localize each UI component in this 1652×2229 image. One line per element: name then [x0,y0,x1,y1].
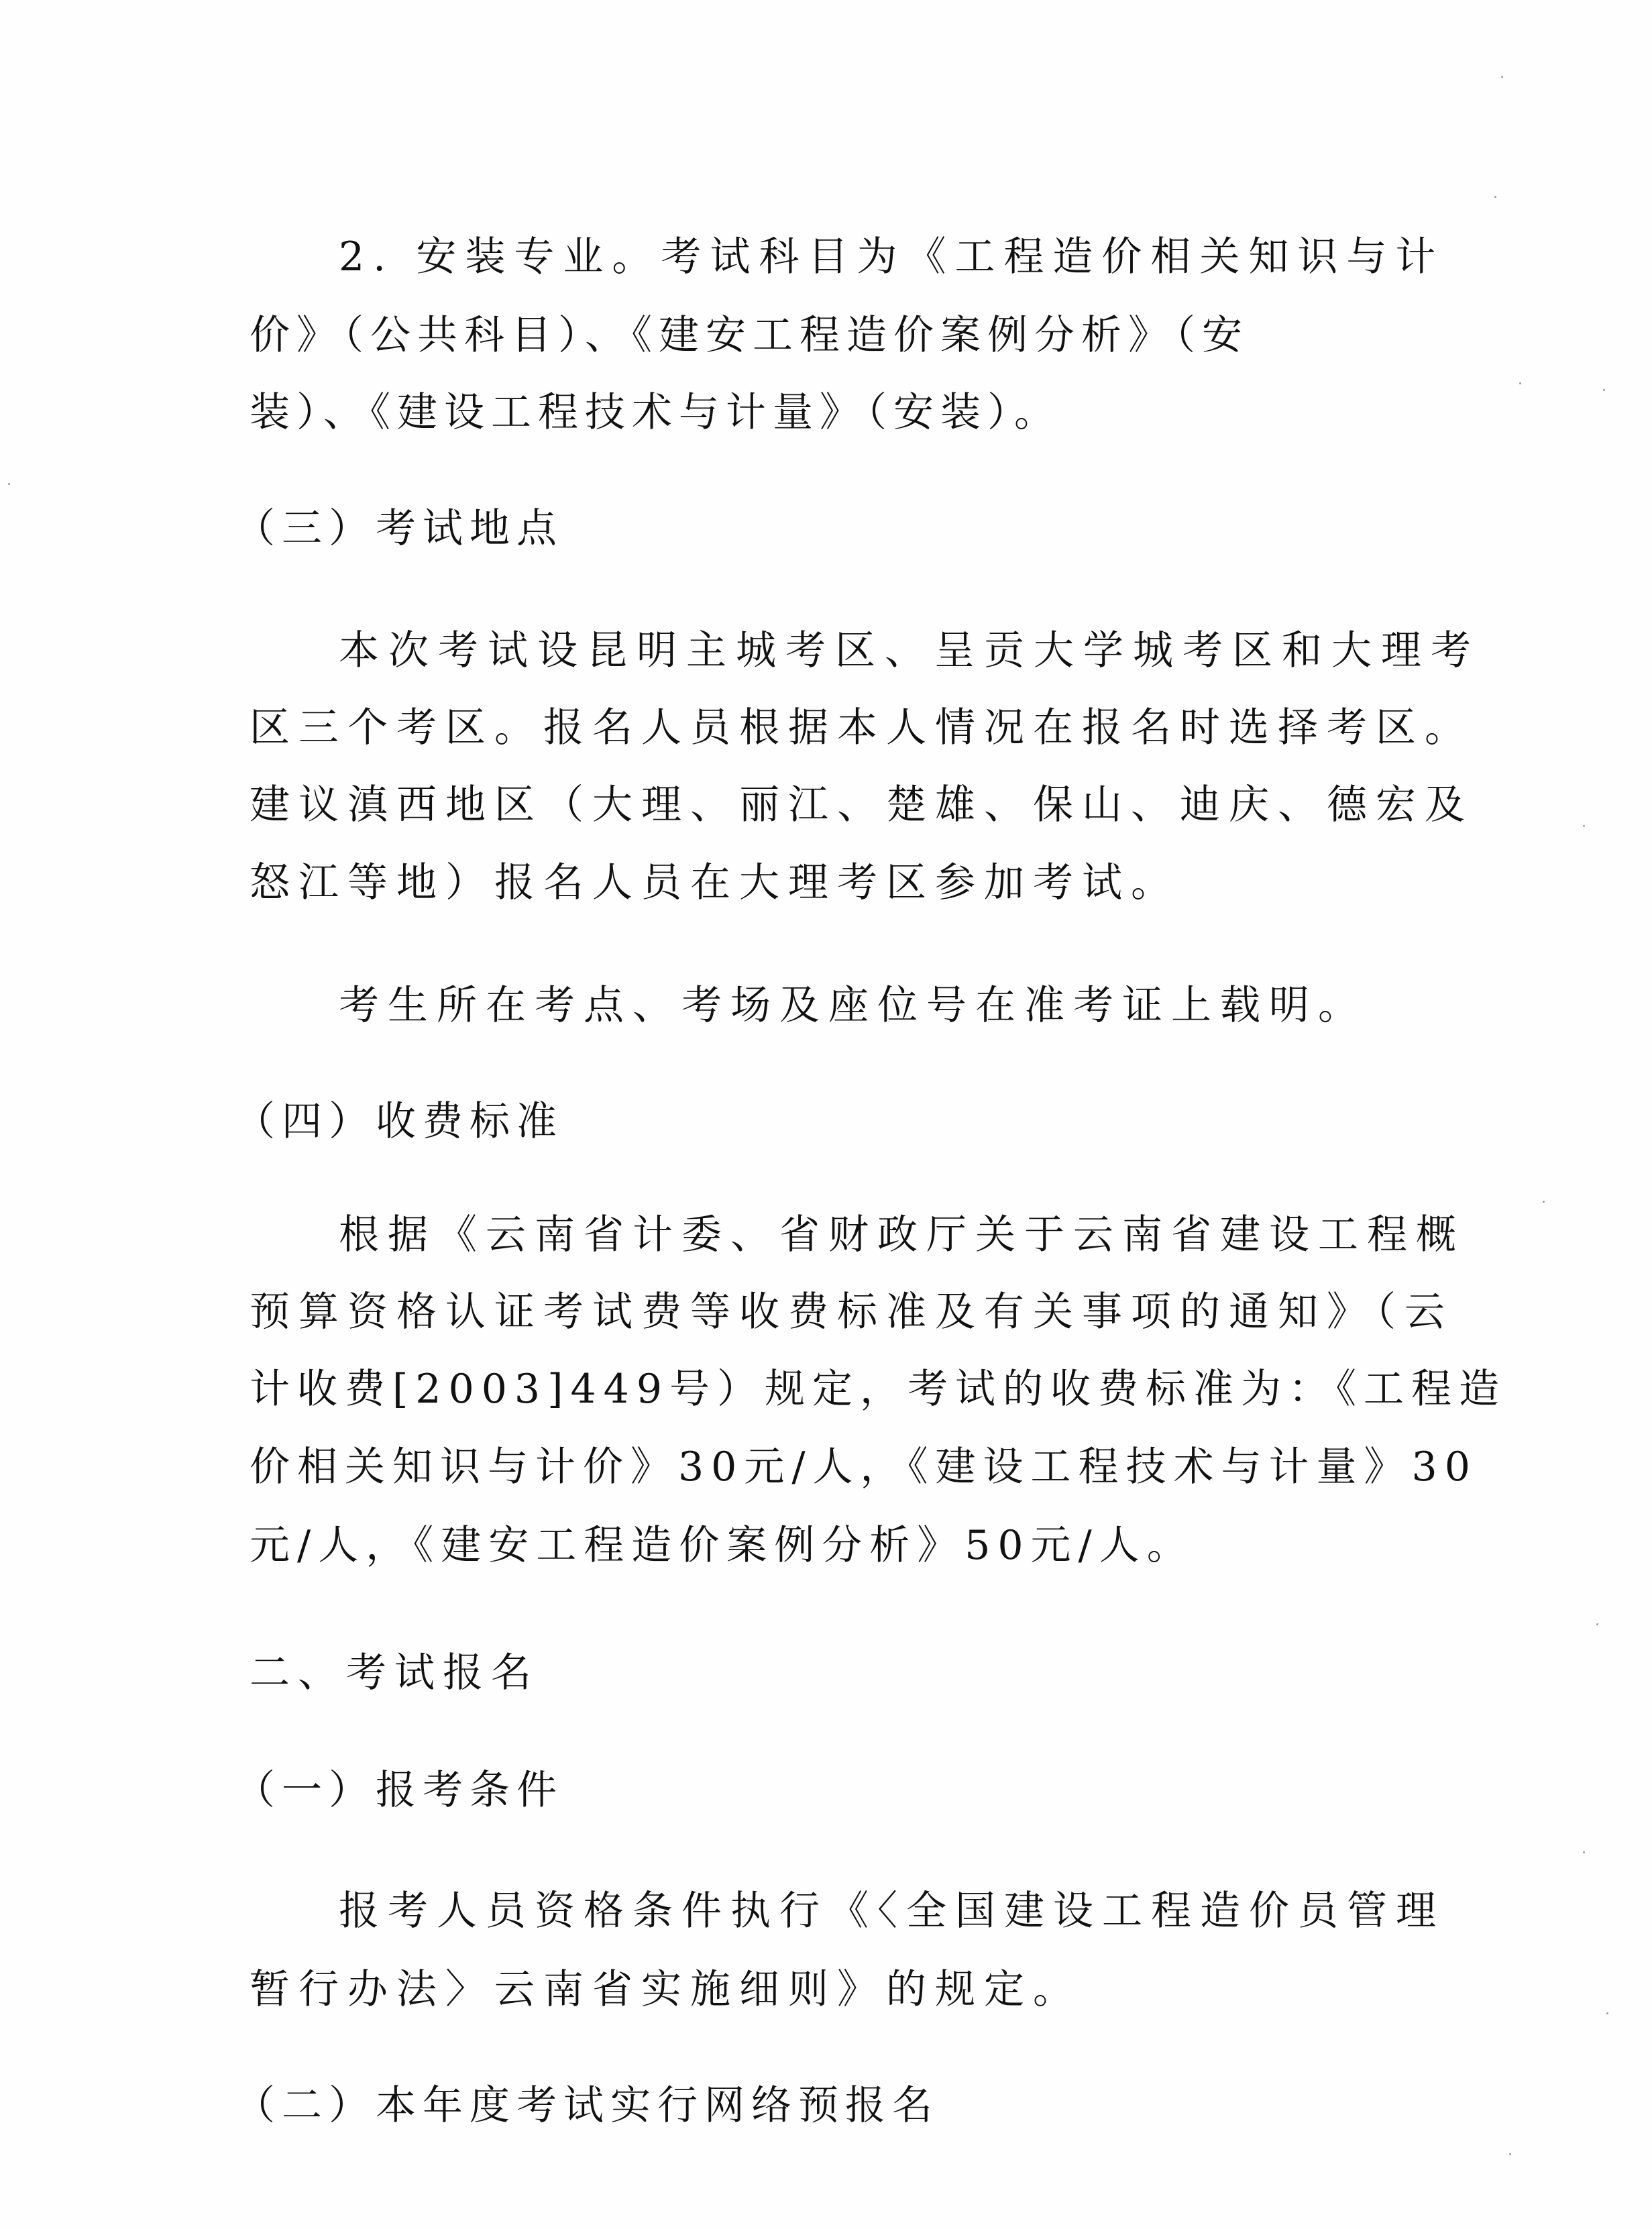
heading-exam-location: （三）考试地点 [235,505,563,552]
paragraph-exam-areas-line-1: 本次考试设昆明主城考区、呈贡大学城考区和大理考 [339,627,1480,674]
paragraph-install-major-line-3: 装）、《建设工程技术与计量》（安装）。 [250,389,1061,436]
heading-online-preregistration: （二）本年度考试实行网络预报名 [235,2082,939,2129]
paragraph-exam-areas-line-4: 怒江等地）报名人员在大理考区参加考试。 [250,859,1180,906]
scan-speck [1596,1623,1598,1625]
paragraph-install-major-line-2: 价》（公共科目）、《建安工程造价案例分析》（安 [250,312,1249,359]
paragraph-eligibility-line-1: 报考人员资格条件执行《〈全国建设工程造价员管理 [339,1888,1445,1935]
paragraph-exam-areas-line-3: 建议滇西地区（大理、丽江、楚雄、保山、迪庆、德宏及 [250,781,1474,828]
scan-speck [1583,825,1585,827]
scan-speck [1509,2153,1511,2155]
heading-eligibility: （一）报考条件 [235,1767,563,1814]
paragraph-install-major-line-1: 2. 安装专业。考试科目为《工程造价相关知识与计 [339,233,1444,280]
paragraph-exam-areas-line-2: 区三个考区。报名人员根据本人情况在报名时选择考区。 [250,704,1474,751]
scan-speck [1543,1201,1545,1203]
scan-speck [1501,76,1503,78]
paragraph-fees-line-2: 预算资格认证考试费等收费标准及有关事项的通知》（云 [250,1289,1453,1336]
scan-speck [1494,196,1496,198]
scan-speck [1603,389,1605,391]
scan-speck [8,483,10,485]
heading-fee-standard: （四）收费标准 [235,1098,563,1145]
paragraph-fees-line-4: 价相关知识与计价》30元/人，《建设工程技术与计量》30 [250,1444,1478,1490]
paragraph-fees-line-1: 根据《云南省计委、省财政厅关于云南省建设工程概 [339,1211,1465,1258]
scanned-document-page: 2. 安装专业。考试科目为《工程造价相关知识与计 价》（公共科目）、《建安工程造… [0,0,1652,2229]
scan-speck [1519,382,1521,384]
paragraph-admission-ticket: 考生所在考点、考场及座位号在准考证上载明。 [339,982,1367,1029]
scan-speck [1606,2012,1608,2014]
paragraph-fees-line-3: 计收费[2003]449号）规定，考试的收费标准为：《工程造 [250,1366,1506,1413]
scan-speck [1583,1851,1585,1853]
section-heading-registration: 二、考试报名 [250,1649,539,1696]
paragraph-eligibility-line-2: 暂行办法〉云南省实施细则》的规定。 [250,1966,1082,2013]
paragraph-fees-line-5: 元/人，《建安工程造价案例分析》50元/人。 [250,1522,1195,1569]
